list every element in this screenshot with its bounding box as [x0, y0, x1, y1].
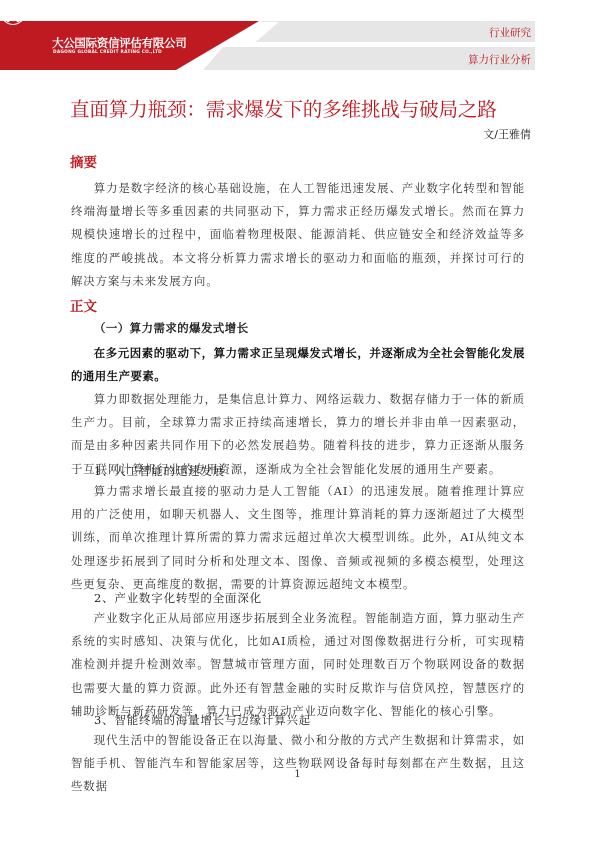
dagong-emblem-icon	[0, 0, 26, 26]
body-heading: 正文	[70, 295, 97, 315]
subsection-3-paragraph: 现代生活中的智能设备正在以海量、微小和分散的方式产生数据和计算需求，如智能手机、…	[71, 729, 525, 799]
category-tag-computing-analysis: 算力行业分析	[468, 52, 531, 67]
page-number: 1	[0, 769, 595, 780]
category-tag-industry-research: 行业研究	[489, 25, 531, 40]
company-name-cn: 大公国际资信评估有限公司	[52, 35, 186, 51]
subsection-2-paragraph: 产业数字化正从局部应用逐步拓展到全业务流程。智能制造方面，算力驱动生产系统的实时…	[71, 607, 525, 723]
author-byline: 文/王雅倩	[483, 126, 531, 142]
section-1-title: （一）算力需求的爆发式增长	[94, 320, 249, 336]
section-1-lead-paragraph: 在多元因素的驱动下，算力需求正呈现爆发式增长，并逐渐成为全社会智能化发展的通用生…	[71, 342, 525, 388]
subsection-1-paragraph: 算力需求增长最直接的驱动力是人工智能（AI）的迅速发展。随着推理计算应用的广泛使…	[71, 480, 525, 596]
subsection-3-title: 3、智能终端的海量增长与边缘计算兴起	[94, 712, 311, 728]
company-name-en: DAGONG GLOBAL CREDIT RATING CO.,LTD	[53, 50, 162, 55]
subsection-1-title: 1、人工智能的迅速发展	[94, 463, 225, 479]
abstract-heading: 摘要	[70, 151, 97, 171]
document-title: 直面算力瓶颈：需求爆发下的多维挑战与破局之路	[70, 93, 497, 122]
abstract-paragraph: 算力是数字经济的核心基础设施，在人工智能迅速发展、产业数字化转型和智能终端海量增…	[71, 177, 525, 293]
subsection-2-title: 2、产业数字化转型的全面深化	[94, 590, 262, 606]
page-header: 大公国际资信评估有限公司 DAGONG GLOBAL CREDIT RATING…	[0, 0, 595, 80]
